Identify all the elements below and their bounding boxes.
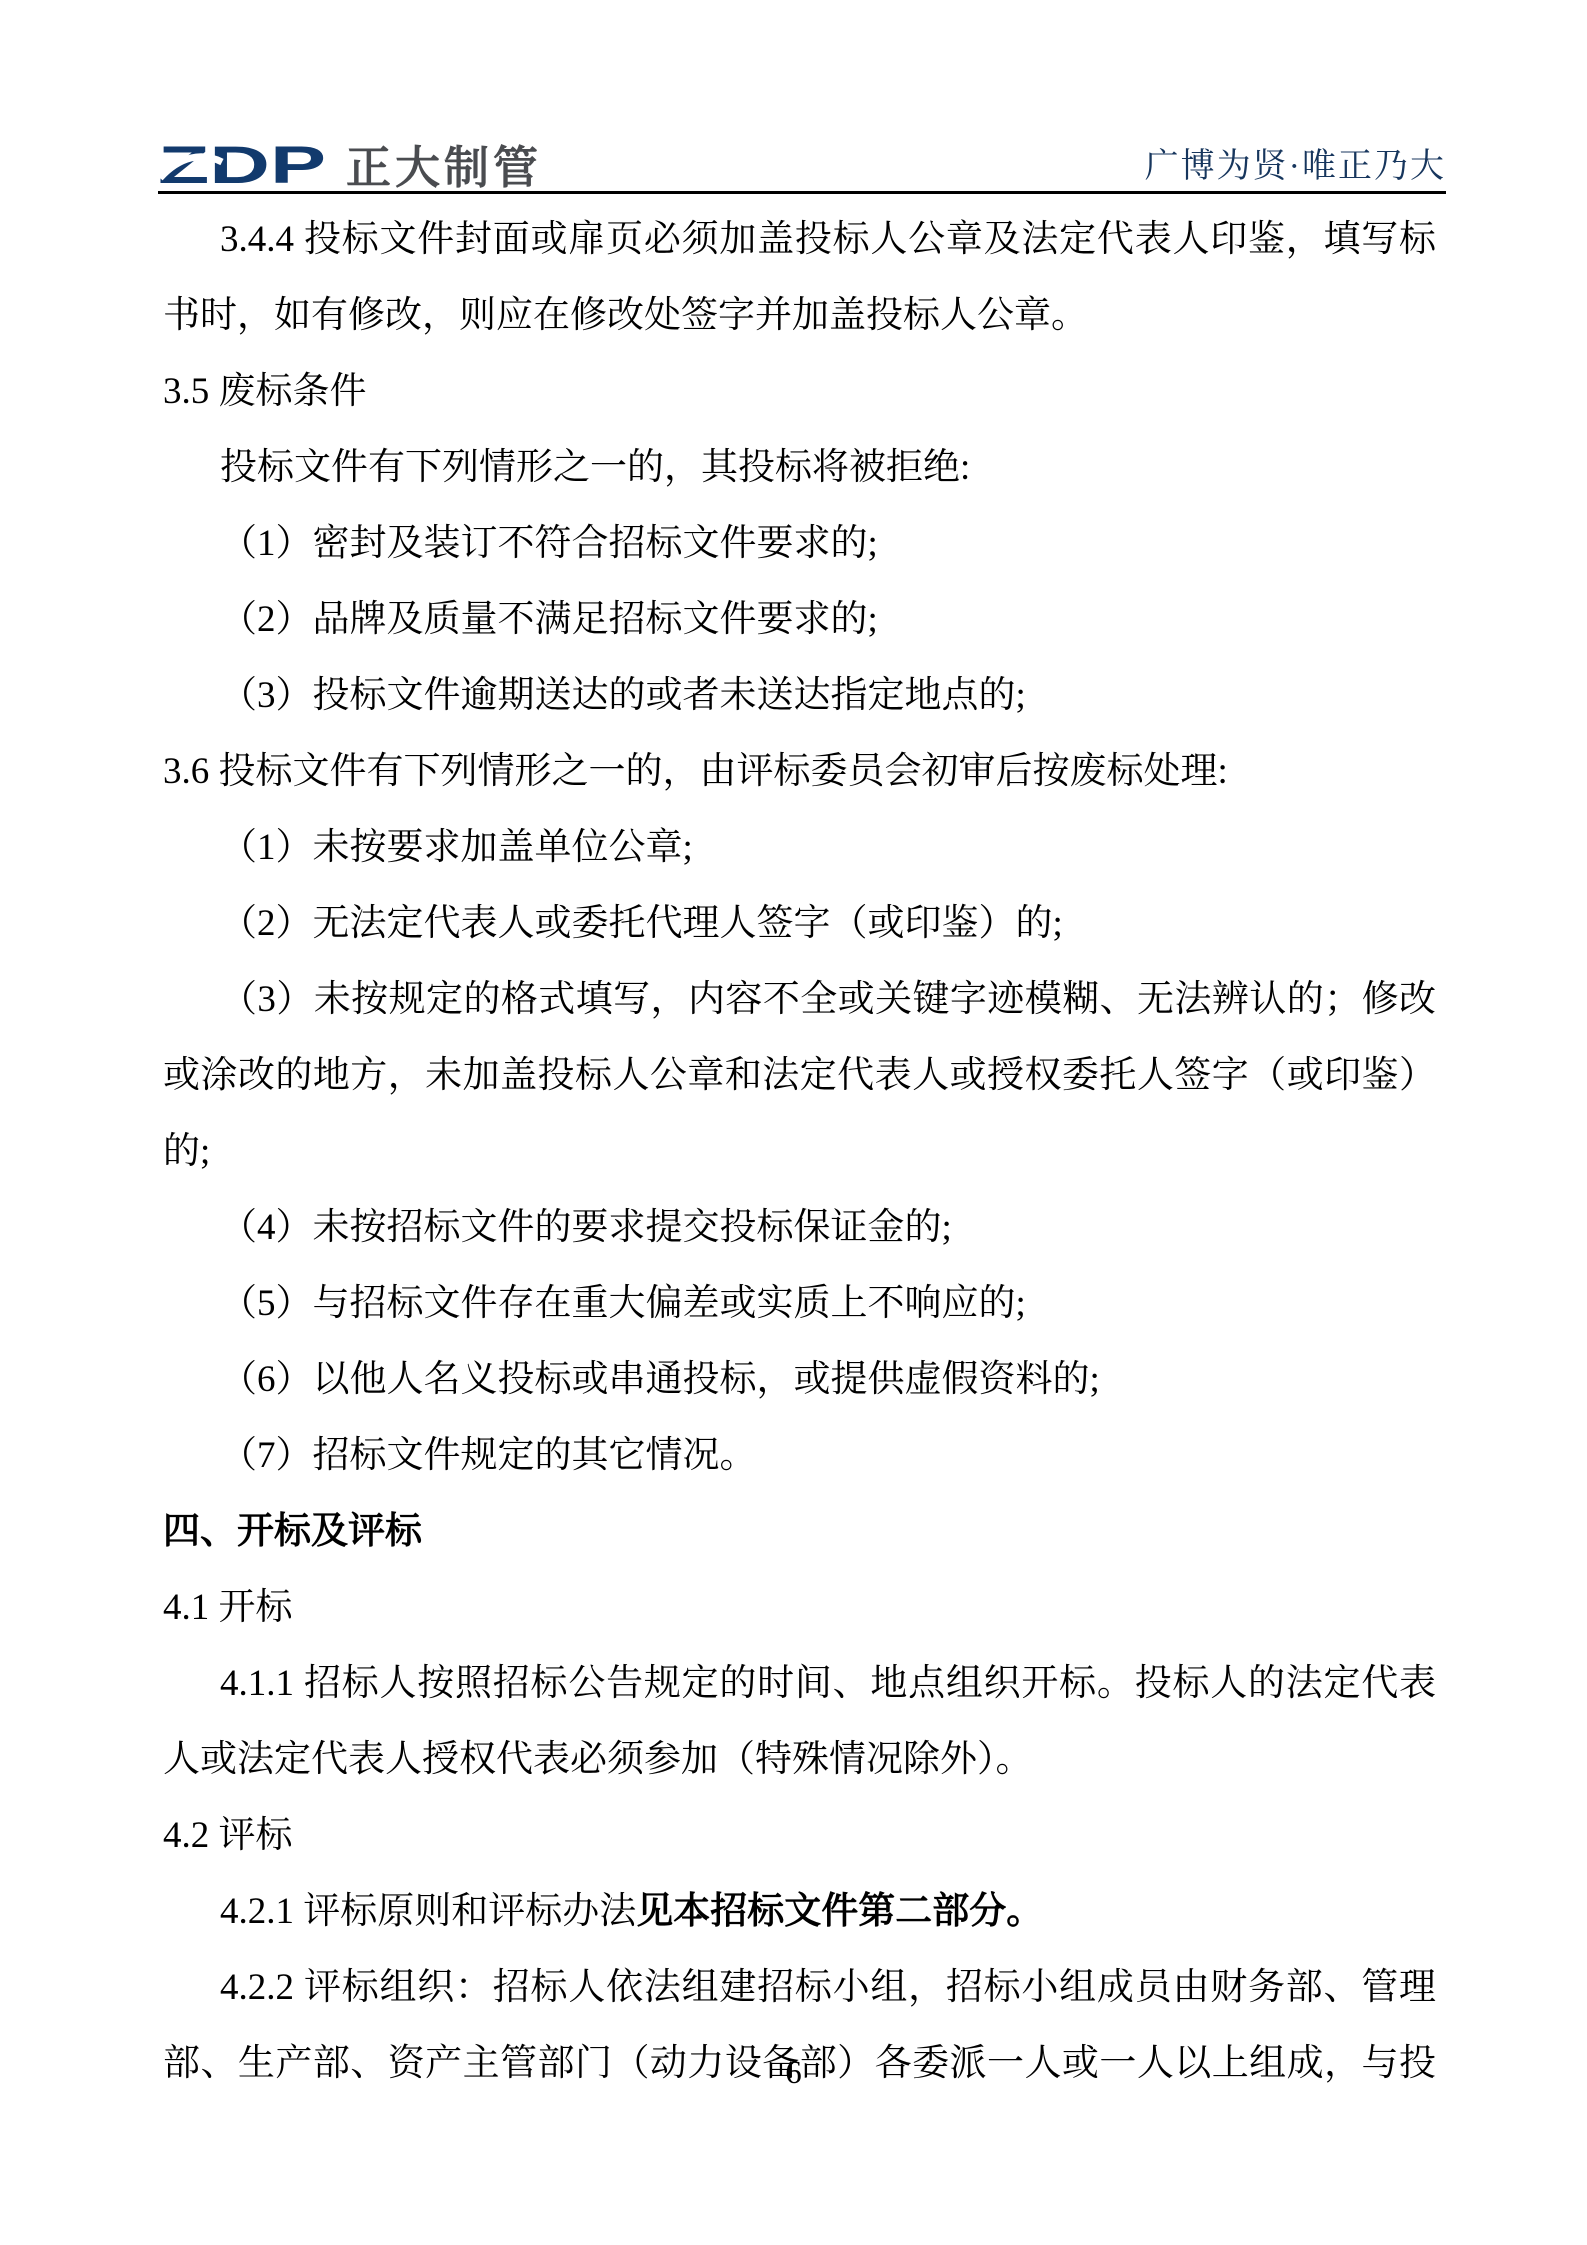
document-page: ZDP 正大制管 广博为贤·唯正乃大 3.4.4 投标文件封面或扉页必须加盖投标… [0,0,1587,2245]
body-line-segment: （6）以他人名义投标或串通投标，或提供虚假资料的; [220,1359,1100,1400]
body-line-segment: （3）投标文件逾期送达的或者未送达指定地点的; [220,675,1026,716]
body-line: （1）密封及装订不符合招标文件要求的; [163,506,1436,582]
body-line-segment: 3.4.4 投标文件封面或扉页必须加盖投标人公章及法定代表人印鉴，填写标 [220,219,1436,260]
body-line-segment: 4.2.1 评标原则和评标办法 [220,1891,636,1932]
body-line: （3）投标文件逾期送达的或者未送达指定地点的; [163,658,1436,734]
body-line: 投标文件有下列情形之一的，其投标将被拒绝: [163,430,1436,506]
company-logo: ZDP 正大制管 [158,140,542,188]
body-line-segment: （3）未按规定的格式填写，内容不全或关键字迹模糊、无法辨认的；修改 [220,979,1436,1020]
body-line-segment: 人或法定代表人授权代表必须参加（特殊情况除外）。 [163,1739,1033,1780]
body-line-segment: 4.2.2 评标组织：招标人依法组建招标小组，招标小组成员由财务部、管理 [220,1967,1436,2008]
body-line-segment-bold: 见本招标文件第二部分。 [636,1891,1043,1932]
body-lines: 3.4.4 投标文件封面或扉页必须加盖投标人公章及法定代表人印鉴，填写标书时，如… [163,202,1436,2102]
page-number: 6 [0,2054,1587,2094]
body-line-segment: 书时，如有修改，则应在修改处签字并加盖投标人公章。 [163,295,1088,336]
body-line-segment: 的; [163,1131,210,1172]
body-line-segment: （2）品牌及质量不满足招标文件要求的; [220,599,878,640]
body-line: 4.2.1 评标原则和评标办法见本招标文件第二部分。 [163,1874,1436,1950]
body-line: （3）未按规定的格式填写，内容不全或关键字迹模糊、无法辨认的；修改 [163,962,1436,1038]
body-line: 4.2.2 评标组织：招标人依法组建招标小组，招标小组成员由财务部、管理 [163,1950,1436,2026]
body-line-segment: （2）无法定代表人或委托代理人签字（或印鉴）的; [220,903,1063,944]
header-slogan: 广博为贤·唯正乃大 [1145,150,1446,188]
body-line: （5）与招标文件存在重大偏差或实质上不响应的; [163,1266,1436,1342]
body-line: （1）未按要求加盖单位公章; [163,810,1436,886]
body-line-segment: 3.6 投标文件有下列情形之一的，由评标委员会初审后按废标处理: [163,751,1228,792]
page-header: ZDP 正大制管 广博为贤·唯正乃大 [158,124,1446,188]
header-divider [158,191,1446,194]
zdp-logo-icon: ZDP [158,140,330,188]
body-line-segment: （1）未按要求加盖单位公章; [220,827,693,868]
body-line-segment: 4.1.1 招标人按照招标公告规定的时间、地点组织开标。投标人的法定代表 [220,1663,1436,1704]
body-line: 3.5 废标条件 [163,354,1436,430]
body-line: 3.4.4 投标文件封面或扉页必须加盖投标人公章及法定代表人印鉴，填写标 [163,202,1436,278]
body-line: 人或法定代表人授权代表必须参加（特殊情况除外）。 [163,1722,1436,1798]
body-line-segment: （1）密封及装订不符合招标文件要求的; [220,523,878,564]
body-line: 4.2 评标 [163,1798,1436,1874]
body-line: 4.1.1 招标人按照招标公告规定的时间、地点组织开标。投标人的法定代表 [163,1646,1436,1722]
body-line-segment: （5）与招标文件存在重大偏差或实质上不响应的; [220,1283,1026,1324]
body-line: 的; [163,1114,1436,1190]
body-line: 3.6 投标文件有下列情形之一的，由评标委员会初审后按废标处理: [163,734,1436,810]
body-line: （2）无法定代表人或委托代理人签字（或印鉴）的; [163,886,1436,962]
body-line-segment: 4.1 开标 [163,1587,293,1628]
body-line: 或涂改的地方，未加盖投标人公章和法定代表人或授权委托人签字（或印鉴） [163,1038,1436,1114]
body-line: （7）招标文件规定的其它情况。 [163,1418,1436,1494]
body-line-segment: 4.2 评标 [163,1815,293,1856]
body-line-segment: （7）招标文件规定的其它情况。 [220,1435,757,1476]
body-line-segment: （4）未按招标文件的要求提交投标保证金的; [220,1207,952,1248]
body-line-segment: 3.5 废标条件 [163,371,367,412]
logo-company-name: 正大制管 [346,147,542,188]
body-line: （4）未按招标文件的要求提交投标保证金的; [163,1190,1436,1266]
body-line: 书时，如有修改，则应在修改处签字并加盖投标人公章。 [163,278,1436,354]
body-line: 四、开标及评标 [163,1494,1436,1570]
body-line: （2）品牌及质量不满足招标文件要求的; [163,582,1436,658]
body-line-segment-bold: 四、开标及评标 [163,1511,422,1552]
body-line-segment: 或涂改的地方，未加盖投标人公章和法定代表人或授权委托人签字（或印鉴） [163,1055,1436,1096]
body-line: （6）以他人名义投标或串通投标，或提供虚假资料的; [163,1342,1436,1418]
body-line: 4.1 开标 [163,1570,1436,1646]
body-line-segment: 投标文件有下列情形之一的，其投标将被拒绝: [220,447,970,488]
